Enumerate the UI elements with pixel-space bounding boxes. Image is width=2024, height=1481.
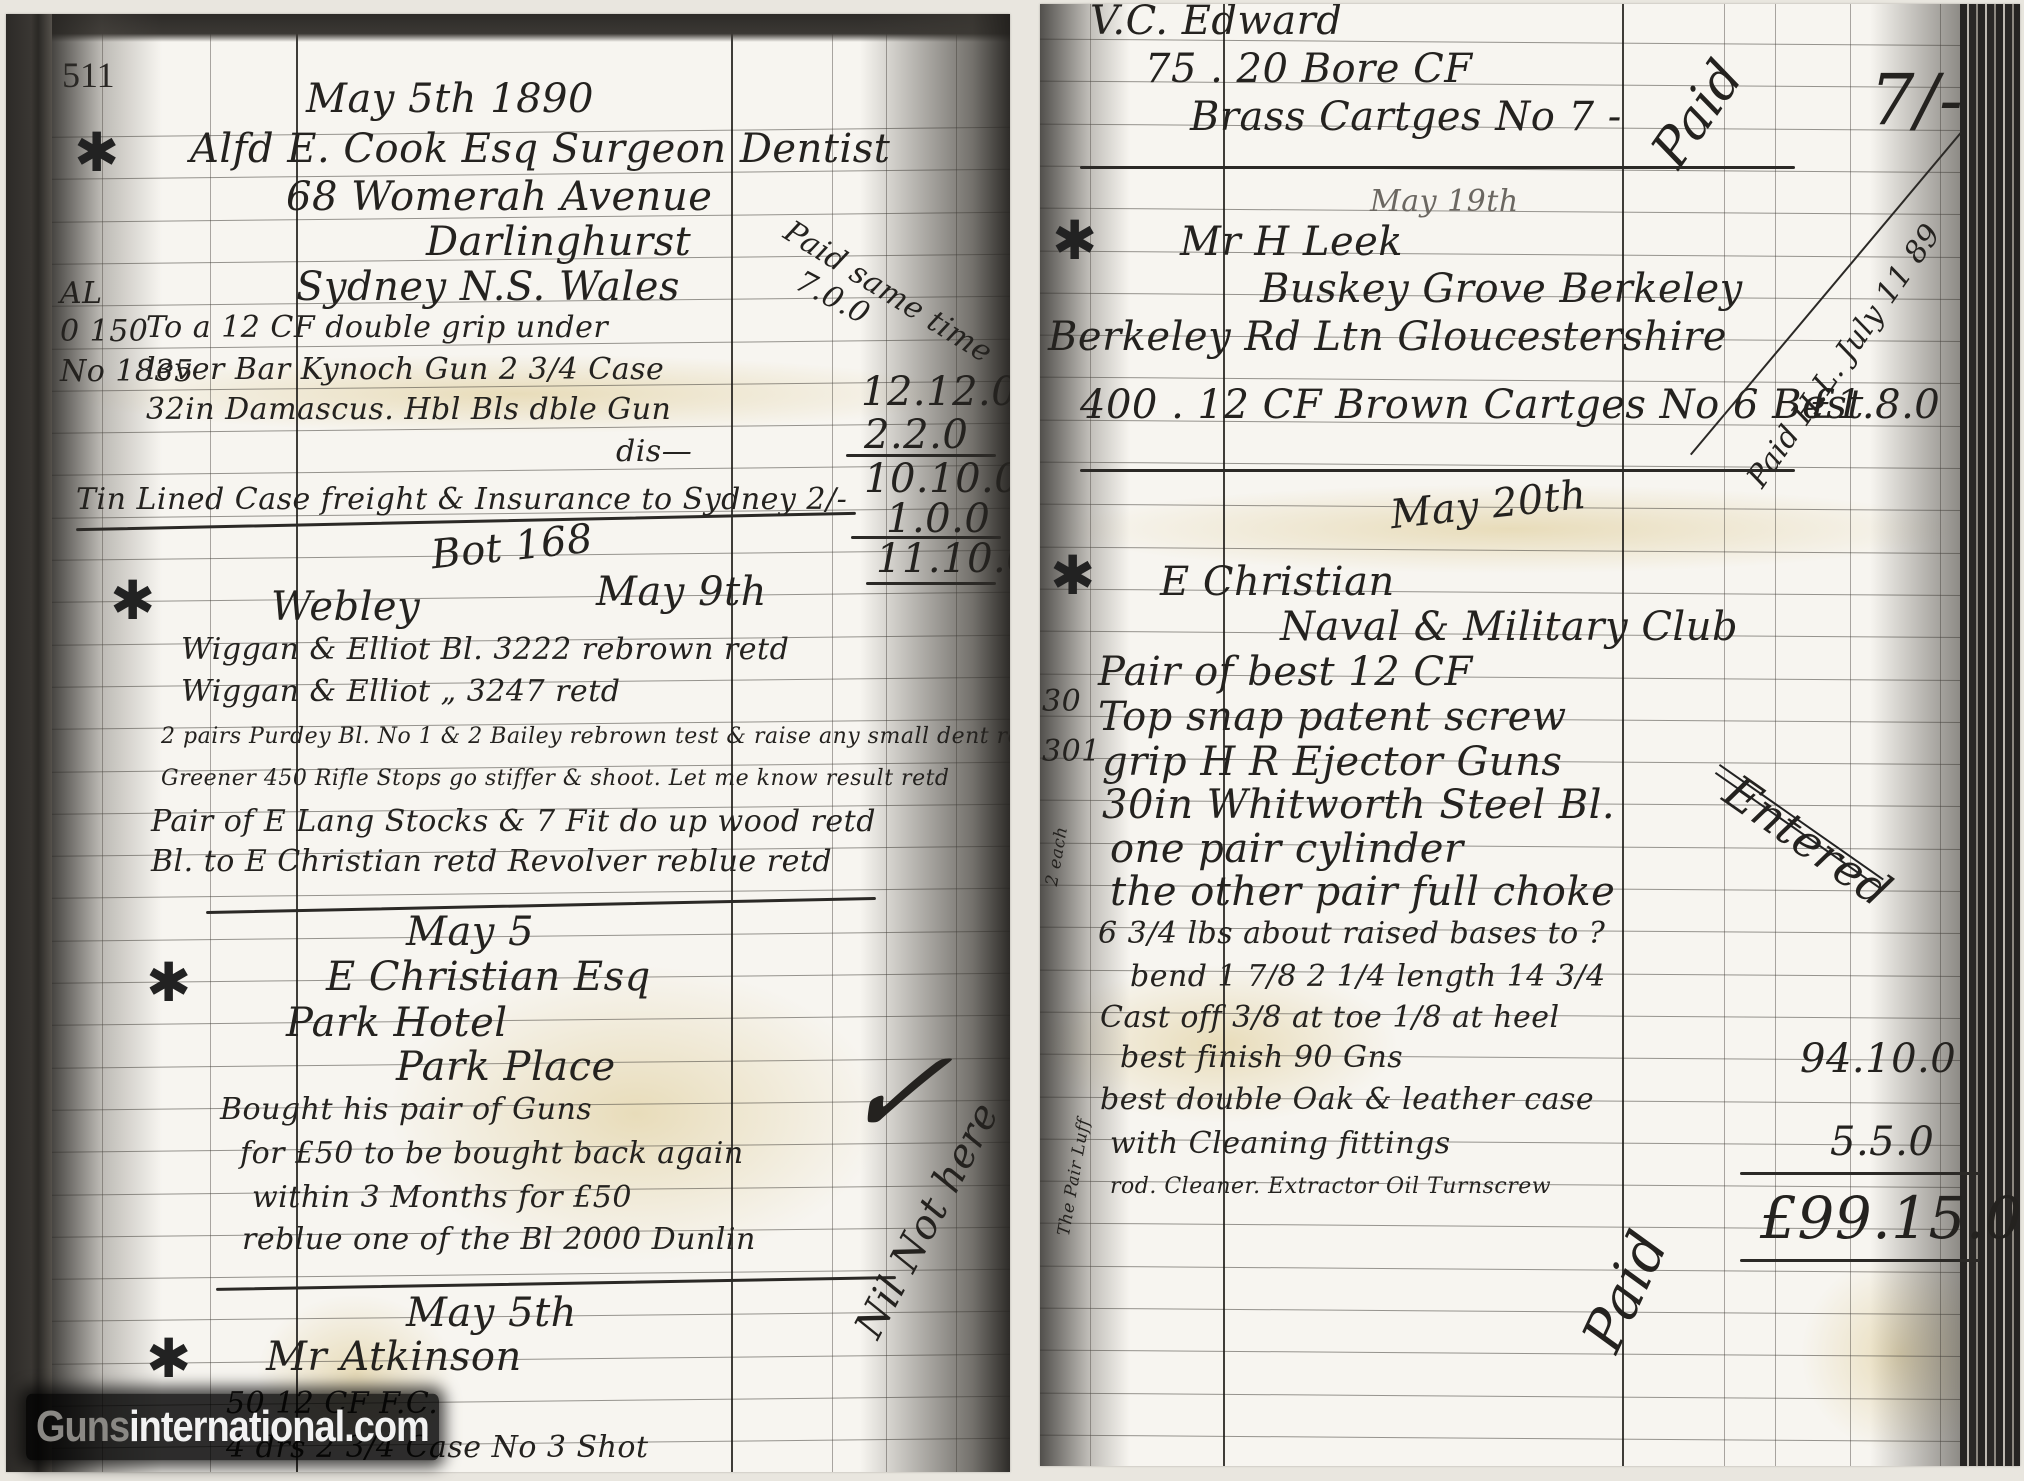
customer-name: Alfd E. Cook Esq Surgeon Dentist bbox=[190, 126, 890, 172]
entry-date: May 19th bbox=[1370, 184, 1519, 219]
customer-name: Mr H Leek bbox=[1180, 219, 1403, 265]
entry-date: May 5th 1890 bbox=[306, 76, 594, 122]
entry-divider bbox=[216, 1276, 896, 1291]
line-item: Wiggan & Elliot „ 3247 retd bbox=[181, 674, 620, 709]
address-line: Naval & Military Club bbox=[1280, 604, 1738, 650]
line-item: 30in Whitworth Steel Bl. bbox=[1102, 782, 1615, 828]
total-rule bbox=[866, 582, 996, 585]
line-item: lever Bar Kynoch Gun 2 3/4 Case bbox=[146, 352, 664, 387]
entry-date: May 5 bbox=[406, 909, 534, 955]
paid-note: Paid bbox=[1640, 49, 1755, 178]
line-item: one pair cylinder bbox=[1110, 826, 1464, 872]
line-item: 75 . 20 Bore CF bbox=[1145, 46, 1473, 92]
watermark-text: international.com bbox=[129, 1403, 429, 1451]
margin-note: 301 bbox=[1042, 734, 1101, 769]
line-item: Bought his pair of Guns bbox=[220, 1092, 592, 1127]
entry-divider bbox=[206, 897, 876, 914]
sum-rule bbox=[1740, 1172, 1980, 1175]
amount: 5.5.0 bbox=[1830, 1119, 1934, 1165]
line-item: grip H R Ejector Guns bbox=[1102, 739, 1562, 785]
entry-date: May 5th bbox=[406, 1290, 577, 1336]
paid-signature: Paid bbox=[1570, 1221, 1681, 1361]
amount: 7/- bbox=[1870, 59, 1963, 141]
line-item: 32in Damascus. Hbl Bls dble Gun bbox=[146, 392, 671, 427]
customer-name: E Christian Esq bbox=[326, 954, 651, 1000]
margin-note: 30 bbox=[1042, 684, 1081, 719]
line-item: bend 1 7/8 2 1/4 length 14 3/4 bbox=[1130, 959, 1606, 994]
line-item: with Cleaning fittings bbox=[1110, 1126, 1451, 1161]
amount: 2.2.0 bbox=[864, 412, 968, 458]
page-number: 511 bbox=[62, 54, 115, 96]
customer-name: Webley bbox=[271, 584, 420, 630]
entry-divider bbox=[1080, 166, 1795, 169]
line-item: Greener 450 Rifle Stops go stiffer & sho… bbox=[161, 766, 950, 791]
entry-marker-star-icon: ✱ bbox=[1052, 214, 1097, 268]
entry-date: May 9th bbox=[596, 569, 767, 615]
address-line: Park Place bbox=[396, 1044, 616, 1090]
ledger-right-page: V.C. Edward 75 . 20 Bore CF Brass Cartge… bbox=[1040, 4, 2020, 1466]
line-item: 6 3/4 lbs about raised bases to ? bbox=[1098, 916, 1605, 951]
margin-note: AL bbox=[60, 276, 103, 311]
customer-name: E Christian bbox=[1160, 559, 1395, 605]
entry-marker-star-icon: ✱ bbox=[146, 1332, 191, 1386]
line-item: the other pair full choke bbox=[1110, 869, 1615, 915]
ledger-left-page: 511 ✱ May 5th 1890 Alfd E. Cook Esq Surg… bbox=[6, 14, 1010, 1472]
line-item: 2 pairs Purdey Bl. No 1 & 2 Bailey rebro… bbox=[161, 724, 1010, 749]
address-line: Berkeley Rd Ltn Gloucestershire bbox=[1048, 314, 1727, 360]
address-line: Darlinghurst bbox=[426, 219, 691, 265]
line-item: Pair of E Lang Stocks & 7 Fit do up wood… bbox=[151, 804, 876, 839]
column-rule bbox=[1724, 4, 1725, 1466]
customer-name: V.C. Edward bbox=[1090, 4, 1342, 44]
amount: 94.10.0 bbox=[1800, 1036, 1956, 1082]
address-line: 68 Womerah Avenue bbox=[286, 174, 712, 220]
entry-marker-star-icon: ✱ bbox=[146, 956, 191, 1010]
entry-marker-star-icon: ✱ bbox=[74, 126, 119, 180]
amount: 12.12.0 bbox=[861, 369, 1010, 415]
total-rule bbox=[1740, 1259, 1980, 1262]
total-amount: £99.15.0 bbox=[1760, 1184, 2020, 1252]
entry-marker-star-icon: ✱ bbox=[1050, 549, 1095, 603]
line-item: for £50 to be bought back again bbox=[240, 1136, 744, 1171]
stamp-underline bbox=[1715, 772, 1880, 888]
line-item: reblue one of the Bl 2000 Dunlin bbox=[242, 1222, 756, 1257]
binding-shadow bbox=[52, 14, 162, 1472]
address-line: Park Hotel bbox=[286, 1000, 508, 1046]
amount-total: 11.10.0 bbox=[876, 536, 1010, 582]
binding-shadow bbox=[6, 14, 52, 1472]
line-item: Cast off 3/8 at toe 1/8 at heel bbox=[1100, 1000, 1560, 1035]
entry-divider bbox=[1080, 469, 1795, 472]
customer-name: Mr Atkinson bbox=[266, 1334, 522, 1380]
line-item: Bl. to E Christian retd Revolver reblue … bbox=[151, 844, 832, 879]
line-item: Tin Lined Case freight & Insurance to Sy… bbox=[76, 482, 847, 517]
line-item: dis— bbox=[616, 434, 692, 469]
address-line: Buskey Grove Berkeley bbox=[1260, 266, 1743, 312]
address-line: Sydney N.S. Wales bbox=[296, 264, 680, 310]
margin-note: 0 150 bbox=[60, 314, 148, 349]
line-item: To a 12 CF double grip under bbox=[146, 310, 608, 345]
line-item: best double Oak & leather case bbox=[1100, 1082, 1594, 1117]
line-item: Top snap patent screw bbox=[1098, 694, 1567, 740]
line-item: Brass Cartges No 7 - bbox=[1190, 94, 1622, 140]
watermark-text-dim: Guns bbox=[36, 1403, 129, 1451]
site-watermark: Gunsinternational.com bbox=[26, 1394, 439, 1461]
entry-marker-star-icon: ✱ bbox=[110, 574, 155, 628]
line-item: rod. Cleaner. Extractor Oil Turnscrew bbox=[1110, 1174, 1551, 1199]
line-item: Wiggan & Elliot Bl. 3222 rebrown retd bbox=[181, 632, 789, 667]
stamp-note: Bot 168 bbox=[429, 516, 595, 579]
line-item: Pair of best 12 CF bbox=[1098, 649, 1473, 695]
line-item: best finish 90 Gns bbox=[1120, 1040, 1403, 1075]
line-item: within 3 Months for £50 bbox=[252, 1180, 632, 1215]
